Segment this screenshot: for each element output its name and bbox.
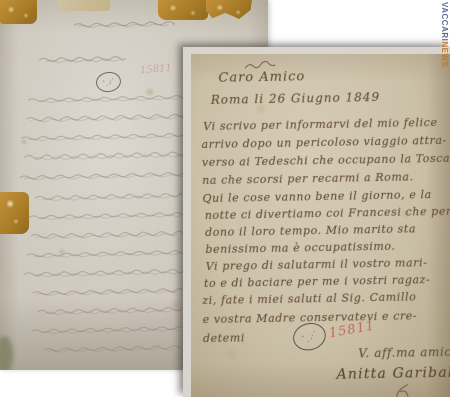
letter-text-block: Caro Amico Roma li 26 Giugno 1849 Vi scr… (191, 54, 450, 397)
oval-stamp-right (290, 319, 329, 354)
letter-line: Vi prego di salutarmi il vostro mari- (206, 256, 428, 273)
valediction: V. aff.ma amica (358, 345, 450, 361)
letter-line: Qui le cose vanno bene il giorno, e la (202, 188, 432, 205)
letter-line: to e di baciare per me i vostri ragaz- (204, 273, 431, 290)
letter-line: na che scorsi per recarmi a Roma. (202, 170, 414, 187)
watermark-secondary: NEWS (440, 41, 449, 67)
dateline: Roma li 26 Giugno 1849 (211, 90, 381, 107)
letter-paper: Caro Amico Roma li 26 Giugno 1849 Vi scr… (191, 54, 450, 397)
watermark-primary: VACCARI (440, 2, 449, 41)
vaccari-news-watermark: VACCARINEWS (440, 2, 449, 67)
letter-line: dono il loro tempo. Mio marito sta (205, 222, 416, 239)
letter-photo-right: Caro Amico Roma li 26 Giugno 1849 Vi scr… (183, 47, 450, 397)
letter-line: zi, fate i miei saluti al Sig. Camillo (202, 290, 416, 307)
signature: Anitta Garibaldi (336, 364, 450, 382)
letter-line: notte ci divertiamo coi Francesi che per… (205, 205, 450, 222)
tape-remnant-top-right (158, 0, 208, 20)
tape-remnant-top-left (0, 0, 37, 24)
letter-line: Vi scrivo per informarvi del mio felice (203, 116, 438, 133)
letter-line: verso ai Tedeschi che occupano la Tosca- (202, 152, 450, 169)
photo-montage: { "watermark": { "primary": "VACCARI", "… (0, 0, 450, 397)
letter-line: benissimo ma è occupatissimo. (205, 240, 395, 256)
tape-remnant-left-edge (0, 192, 29, 234)
salutation: Caro Amico (218, 69, 305, 86)
tape-remnant-top-middle (58, 0, 110, 11)
letter-line: arrivo dopo un pericoloso viaggio attra- (201, 134, 447, 151)
signature-flourish-icon (390, 382, 416, 397)
letter-line: detemi (203, 331, 245, 345)
